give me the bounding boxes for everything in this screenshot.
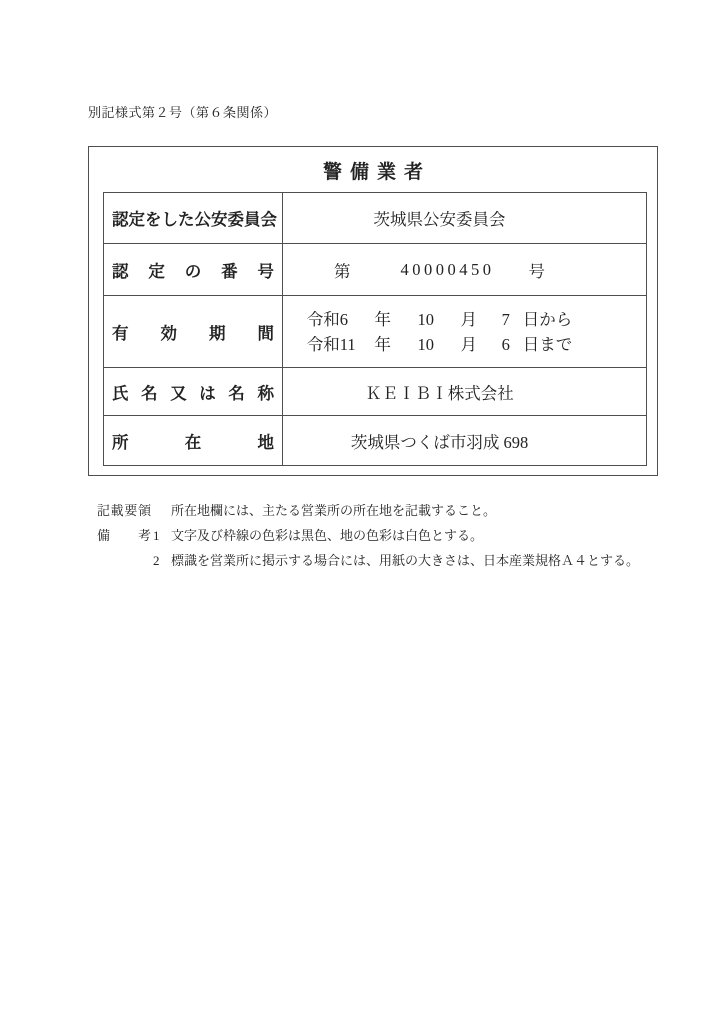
- certificate-title: 警備業者: [89, 157, 657, 184]
- remarks-label: 備 考: [97, 526, 151, 545]
- address-value: 茨城県つくば市羽成 698: [283, 416, 646, 465]
- certification-number-value: 第 40000450 号: [283, 244, 646, 295]
- from-day: 7: [489, 307, 523, 332]
- name-label: 氏名又は名称: [104, 368, 283, 415]
- from-year-unit: 年: [363, 307, 403, 332]
- certification-number: 40000450: [401, 260, 495, 280]
- remark-2-text: 標識を営業所に掲示する場合には、用紙の大きさは、日本産業規格Ａ４とする。: [171, 551, 675, 570]
- valid-from-line: 令和6 年 10 月 7 日から: [307, 307, 573, 332]
- notes-section: 記載要領 所在地欄には、主たる営業所の所在地を記載すること。 備 考 1 文字及…: [97, 501, 675, 570]
- from-era-year: 令和6: [307, 307, 363, 332]
- authority-value: 茨城県公安委員会: [283, 193, 646, 243]
- to-era-year: 令和11: [307, 332, 363, 357]
- certificate-table: 認定をした公安委員会 茨城県公安委員会 認定の番号 第 40000450 号 有…: [103, 192, 647, 466]
- authority-label: 認定をした公安委員会: [104, 193, 283, 243]
- guideline-text: 所在地欄には、主たる営業所の所在地を記載すること。: [171, 501, 675, 520]
- from-month-unit: 月: [449, 307, 489, 332]
- to-month: 10: [403, 332, 449, 357]
- form-number-note: 別記様式第２号（第６条関係）: [88, 102, 277, 121]
- table-row-valid-period: 有効期間 令和6 年 10 月 7 日から 令和11 年 10 月 6 日まで: [104, 295, 646, 367]
- remark-1-number: 1: [151, 526, 171, 545]
- table-row-authority: 認定をした公安委員会 茨城県公安委員会: [104, 193, 646, 243]
- table-row-name: 氏名又は名称 ＫＥＩＢＩ株式会社: [104, 367, 646, 415]
- remark-2-number: 2: [151, 551, 171, 570]
- valid-period-value: 令和6 年 10 月 7 日から 令和11 年 10 月 6 日まで: [283, 296, 646, 367]
- number-prefix: 第: [334, 258, 351, 282]
- to-year-unit: 年: [363, 332, 403, 357]
- valid-period-label: 有効期間: [104, 296, 283, 367]
- table-row-certification-number: 認定の番号 第 40000450 号: [104, 243, 646, 295]
- name-value: ＫＥＩＢＩ株式会社: [283, 368, 646, 415]
- from-suffix: 日から: [523, 307, 573, 332]
- certificate-box: 警備業者 認定をした公安委員会 茨城県公安委員会 認定の番号 第 4000045…: [88, 146, 658, 476]
- valid-to-line: 令和11 年 10 月 6 日まで: [307, 332, 573, 357]
- certification-number-label: 認定の番号: [104, 244, 283, 295]
- guideline-label: 記載要領: [97, 501, 151, 520]
- from-month: 10: [403, 307, 449, 332]
- table-row-address: 所在地 茨城県つくば市羽成 698: [104, 415, 646, 465]
- to-month-unit: 月: [449, 332, 489, 357]
- to-day: 6: [489, 332, 523, 357]
- address-label: 所在地: [104, 416, 283, 465]
- remark-1-text: 文字及び枠線の色彩は黒色、地の色彩は白色とする。: [171, 526, 675, 545]
- to-suffix: 日まで: [523, 332, 573, 357]
- number-suffix: 号: [529, 258, 546, 282]
